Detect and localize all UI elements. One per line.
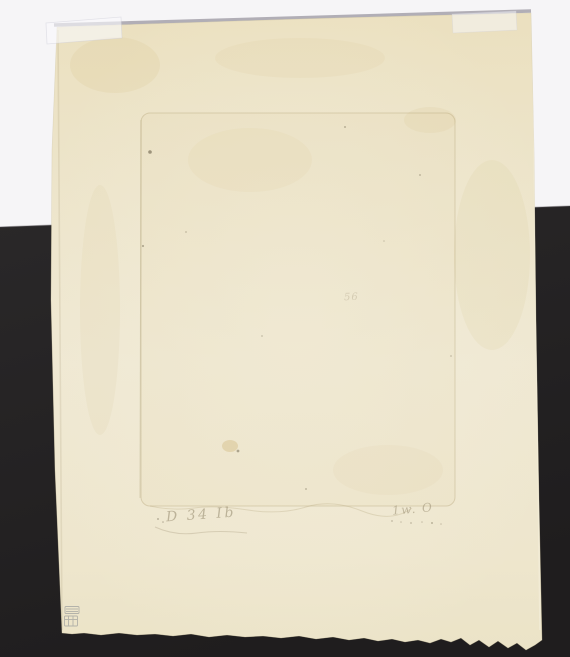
stain: [454, 160, 530, 350]
artwork-photo: [0, 0, 570, 657]
stain: [215, 38, 385, 78]
stain: [80, 185, 120, 435]
tape-top-right: [452, 11, 517, 33]
stain: [70, 37, 160, 93]
plate-mark: [140, 113, 455, 516]
photo-canvas: D 34 Ib 1w. O 56: [0, 0, 570, 657]
